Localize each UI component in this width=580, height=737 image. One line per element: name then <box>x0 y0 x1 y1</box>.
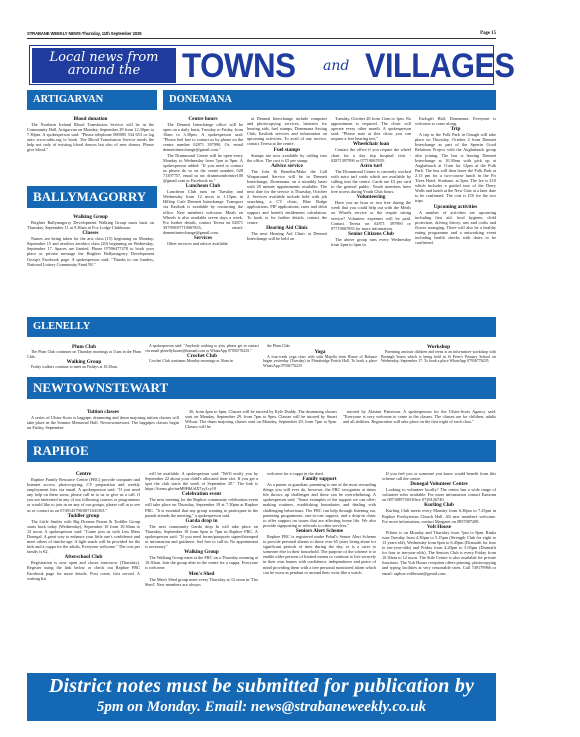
article-body: Luncheon Club runs on Tuesday and Wednes… <box>163 189 243 235</box>
submission-notice-banner: District notes must be submitted for pub… <box>27 673 496 721</box>
notice-line1: District notes must be submitted for pub… <box>27 673 496 697</box>
masthead-towns: TOWNS <box>182 46 296 86</box>
section-header-newtownstewart: NEWTOWNSTEWART <box>27 377 496 399</box>
article-body: Contact the office if you require the wh… <box>331 147 411 162</box>
article-body: The next meeting for the Raphoe communit… <box>145 497 258 517</box>
donemana-column-3: Tuesday, October 28 from 11am to 1pm. No… <box>331 116 411 247</box>
raphoe-column-4: If you feel you or someone you know woul… <box>382 471 496 576</box>
section-header-glenelly: GLENELLY <box>27 317 496 337</box>
masthead-villages: VILLAGES <box>365 46 514 86</box>
article-body: The Men's Shed group meet every Thursday… <box>145 577 258 587</box>
article-body: A spokesperson said: "Anybody wishing to… <box>145 344 259 353</box>
article-body: The Little Smiles with Big Dreams Parent… <box>27 519 140 555</box>
article-body: A number of activities are upcoming incl… <box>415 210 496 246</box>
publication-date: STRABANE WEEKLY NEWS-Thursday, 11th Sept… <box>27 31 142 36</box>
article-body: The Northern Ireland Blood Transfusion S… <box>27 122 154 153</box>
article-body: The Drummond Centre is currently stocked… <box>331 169 411 194</box>
article-body: The Walking Group meet at the FRC on a T… <box>145 555 258 570</box>
section-header-artigarvan: ARTIGARVAN <box>27 90 157 110</box>
article-body: Raphoe FRC is registered under Pobal's S… <box>263 534 376 575</box>
article-body: Stamps are now available by calling into… <box>247 153 327 163</box>
article-body: at Dennett Interchange include computer … <box>247 116 327 147</box>
newspaper-page: STRABANE WEEKLY NEWS-Thursday, 11th Sept… <box>27 0 496 737</box>
donemana-column-2: at Dennett Interchange include computer … <box>247 116 327 241</box>
article-body: Brighter Ballymagorry Development Walkin… <box>27 220 154 230</box>
tagline-line2: around the <box>32 64 176 77</box>
article-body: Looking to volunteer locally? The centre… <box>382 487 496 502</box>
article-body: The next Hearing Aid Clinic at Dennett I… <box>247 231 327 241</box>
glenelly-column-4: WorkshopParenting anxious children and t… <box>381 344 496 364</box>
section-header-ballymagorry: BALLYMAGORRY <box>27 186 157 208</box>
article-body: Have you an hour or two free during the … <box>331 200 411 231</box>
article-body: Tuesday, October 28 from 11am to 1pm. No… <box>331 116 411 141</box>
article-body: The Drummond Centre will be open every M… <box>163 153 243 184</box>
article-body: Parenting anxious children and teens is … <box>381 350 496 364</box>
article-body: A trip to the Folk Park in Omagh will ta… <box>415 132 496 203</box>
raphoe-column-1: CentreRaphoe Family Resource Centre (FRC… <box>27 471 140 581</box>
masthead-tagline: Local news from around the <box>32 48 176 83</box>
article-body: The next community Garda drop In will ta… <box>145 524 258 549</box>
masthead-and: and <box>323 58 349 74</box>
article-body: The Plum Club continues on Thursday morn… <box>27 350 141 359</box>
article-body: A four-week yoga class with with Majella… <box>263 355 377 369</box>
article-body: Names are being taken for the arts class… <box>27 236 154 267</box>
article-body: Crochet Club continues Monday mornings a… <box>145 359 259 364</box>
glenelly-column-3: the Plum Club.YogaA four-week yoga class… <box>263 344 377 368</box>
article-body: A series of Ulster-Scots is bagpipe, dru… <box>27 415 179 430</box>
article-body: tutored by Alastair Patterson. A spokesp… <box>343 409 496 424</box>
page-number: Page 15 <box>480 31 496 36</box>
section-header-raphoe: RAPHOE <box>27 440 496 462</box>
section-header-donemana: DONEMANA <box>163 90 496 110</box>
article-body: Friday walkers continue to meet on Frida… <box>27 365 141 370</box>
glenelly-column-1: Plum ClubThe Plum Club continues on Thur… <box>27 344 141 370</box>
newtownstewart-column-3: tutored by Alastair Patterson. A spokesp… <box>343 409 496 424</box>
article-body: Raphoe Family Resource Centre (FRC) prov… <box>27 477 140 513</box>
article-body: Registration is now open and closes tomo… <box>27 560 140 580</box>
raphoe-column-2: will be available. A spokesperson said: … <box>145 471 258 587</box>
newtownstewart-column-1: Tuition classesA series of Ulster-Scots … <box>27 409 179 430</box>
article-body: will be available. A spokesperson said: … <box>145 471 258 491</box>
article-body: Kurling Club meets every Monday from 6.3… <box>382 508 496 523</box>
ballymagorry-column: Walking GroupBrighter Ballymagorry Devel… <box>27 214 154 267</box>
article-body: The Dennett Interchange office will be o… <box>163 122 243 153</box>
raphoe-column-3: welcome for a cuppa in the shed.Family s… <box>263 471 376 575</box>
donemana-column-4: Earlsgift Hall, Donemana. Everyone is we… <box>415 116 496 245</box>
article-body: The Jobs & Benefits/Make the Call Wrapar… <box>247 169 327 225</box>
masthead-banner: Local news from around the TOWNS and VIL… <box>29 45 494 85</box>
artigarvan-column: Blood donationThe Northern Ireland Blood… <box>27 116 154 153</box>
notice-line2: 5pm on Monday. Email: news@strabaneweekl… <box>27 697 496 717</box>
article-body: Pilates is on Monday and Thursday from 7… <box>382 530 496 576</box>
article-body: Earlsgift Hall, Donemana. Everyone is we… <box>415 116 496 126</box>
article-body: Other services and advice available <box>163 241 243 246</box>
article-body: If you feel you or someone you know woul… <box>382 471 496 481</box>
article-body: 26, from 4pm to 6pm. Classes will be tut… <box>185 409 337 429</box>
donemana-column-1: Centre hoursThe Dennett Interchange offi… <box>163 116 243 246</box>
page-header: STRABANE WEEKLY NEWS-Thursday, 11th Sept… <box>27 30 496 39</box>
newtownstewart-column-2: 26, from 4pm to 6pm. Classes will be tut… <box>185 409 337 429</box>
glenelly-column-2: A spokesperson said: "Anybody wishing to… <box>145 344 259 364</box>
article-body: As a parent or guardian, parenting is on… <box>263 482 376 528</box>
article-body: The above group runs every Wednesday fro… <box>331 237 411 247</box>
